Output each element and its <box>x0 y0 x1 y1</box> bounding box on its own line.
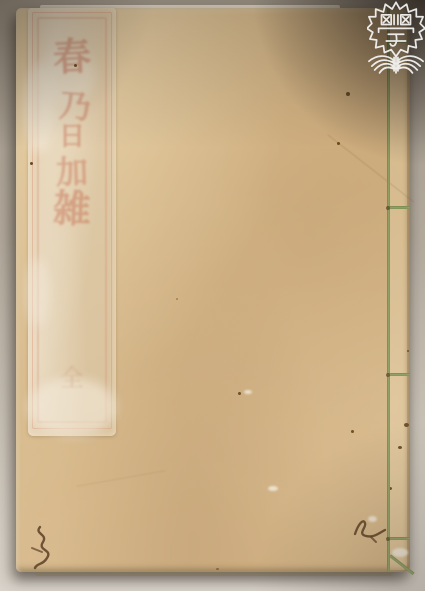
foxing-spot <box>351 430 354 433</box>
title-character: 雑 <box>27 188 116 229</box>
foxing-spot <box>74 64 77 67</box>
binding-stitch <box>387 206 410 209</box>
title-character: 日 <box>28 124 116 150</box>
paper-fleck <box>244 390 252 394</box>
foxing-spot <box>346 92 350 96</box>
binding-stitch <box>387 373 410 376</box>
foxing-spot <box>404 423 409 427</box>
binding-hole <box>386 206 390 210</box>
foxing-spot <box>176 298 178 300</box>
title-calligraphy: 春 乃 日 加 雑 <box>28 38 116 228</box>
cover-crease <box>77 470 166 487</box>
book-cover: 春 乃 日 加 雑 全 <box>16 8 410 572</box>
title-character: 乃 <box>30 87 120 125</box>
foxing-spot <box>398 446 402 449</box>
ink-scribble-bottom-right <box>350 510 394 546</box>
foxing-spot <box>238 392 241 395</box>
stitched-margin <box>387 10 407 570</box>
volume-mark: 全 <box>28 358 116 393</box>
foxing-spot <box>337 142 340 145</box>
binding-hole <box>386 373 390 377</box>
foxing-spot <box>30 162 33 165</box>
ink-scribble-bottom-left <box>24 524 58 574</box>
foxing-spot <box>216 568 219 570</box>
paper-fleck <box>392 548 408 557</box>
title-slip: 春 乃 日 加 雑 全 <box>28 8 116 436</box>
foxing-spot <box>407 350 409 352</box>
title-character: 加 <box>27 154 116 189</box>
paper-fleck <box>268 486 278 491</box>
university-crest-watermark-icon <box>367 1 425 79</box>
title-character: 春 <box>27 36 117 79</box>
photo-backdrop: 春 乃 日 加 雑 全 <box>0 0 425 591</box>
worn-patch <box>26 258 50 328</box>
binding-thread-vertical <box>387 8 390 572</box>
